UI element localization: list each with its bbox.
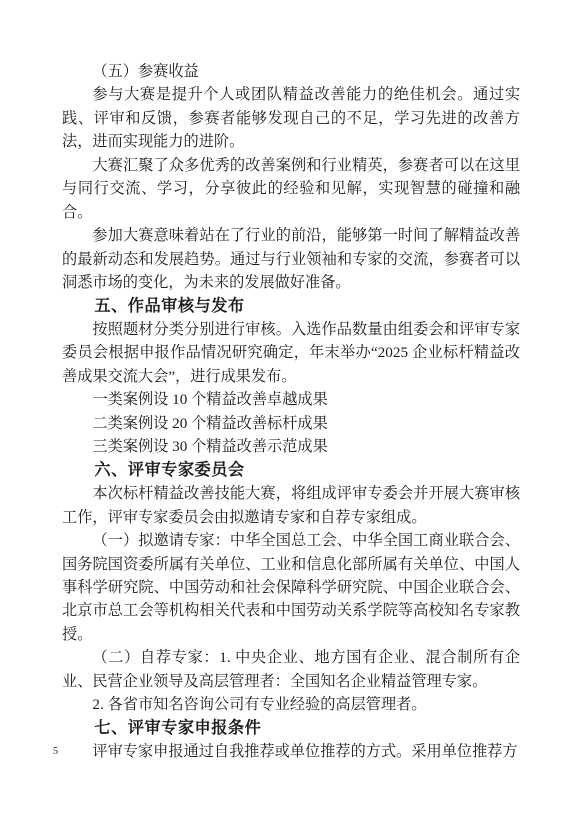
paragraph: 参与大赛是提升个人或团队精益改善能力的绝佳机会。通过实践、评审和反馈，参赛者能够… <box>62 83 520 153</box>
document-content: （五）参赛收益参与大赛是提升个人或团队精益改善能力的绝佳机会。通过实践、评审和反… <box>62 60 520 764</box>
paragraph: （五）参赛收益 <box>62 60 520 83</box>
paragraph: 参加大赛意味着站在了行业的前沿，能够第一时间了解精益改善的最新动态和发展趋势。通… <box>62 224 520 294</box>
section-heading: 七、评审专家申报条件 <box>62 717 520 740</box>
paragraph: 大赛汇聚了众多优秀的改善案例和行业精英，参赛者可以在这里与同行交流、学习，分享彼… <box>62 154 520 224</box>
section-heading: 六、评审专家委员会 <box>62 459 520 482</box>
paragraph: （二）自荐专家：1. 中央企业、地方国有企业、混合制所有企业、民营企业领导及高层… <box>62 646 520 693</box>
paragraph: 二类案例设 20 个精益改善标杆成果 <box>62 412 520 435</box>
page-number: 5 <box>53 746 58 757</box>
paragraph: 2. 各省市知名咨询公司有专业经验的高层管理者。 <box>62 693 520 716</box>
paragraph: 本次标杆精益改善技能大赛，将组成评审专委会并开展大赛审核工作，评审专家委员会由拟… <box>62 482 520 529</box>
paragraph: 三类案例设 30 个精益改善示范成果 <box>62 435 520 458</box>
section-heading: 五、作品审核与发布 <box>62 295 520 318</box>
paragraph: 评审专家申报通过自我推荐或单位推荐的方式。采用单位推荐方 <box>62 740 520 763</box>
document-page: （五）参赛收益参与大赛是提升个人或团队精益改善能力的绝佳机会。通过实践、评审和反… <box>0 0 580 820</box>
paragraph: 按照题材分类分别进行审核。入选作品数量由组委会和评审专家委员会根据申报作品情况研… <box>62 318 520 388</box>
paragraph: 一类案例设 10 个精益改善卓越成果 <box>62 388 520 411</box>
paragraph: （一）拟邀请专家：中华全国总工会、中华全国工商业联合会、国务院国资委所属有关单位… <box>62 529 520 646</box>
